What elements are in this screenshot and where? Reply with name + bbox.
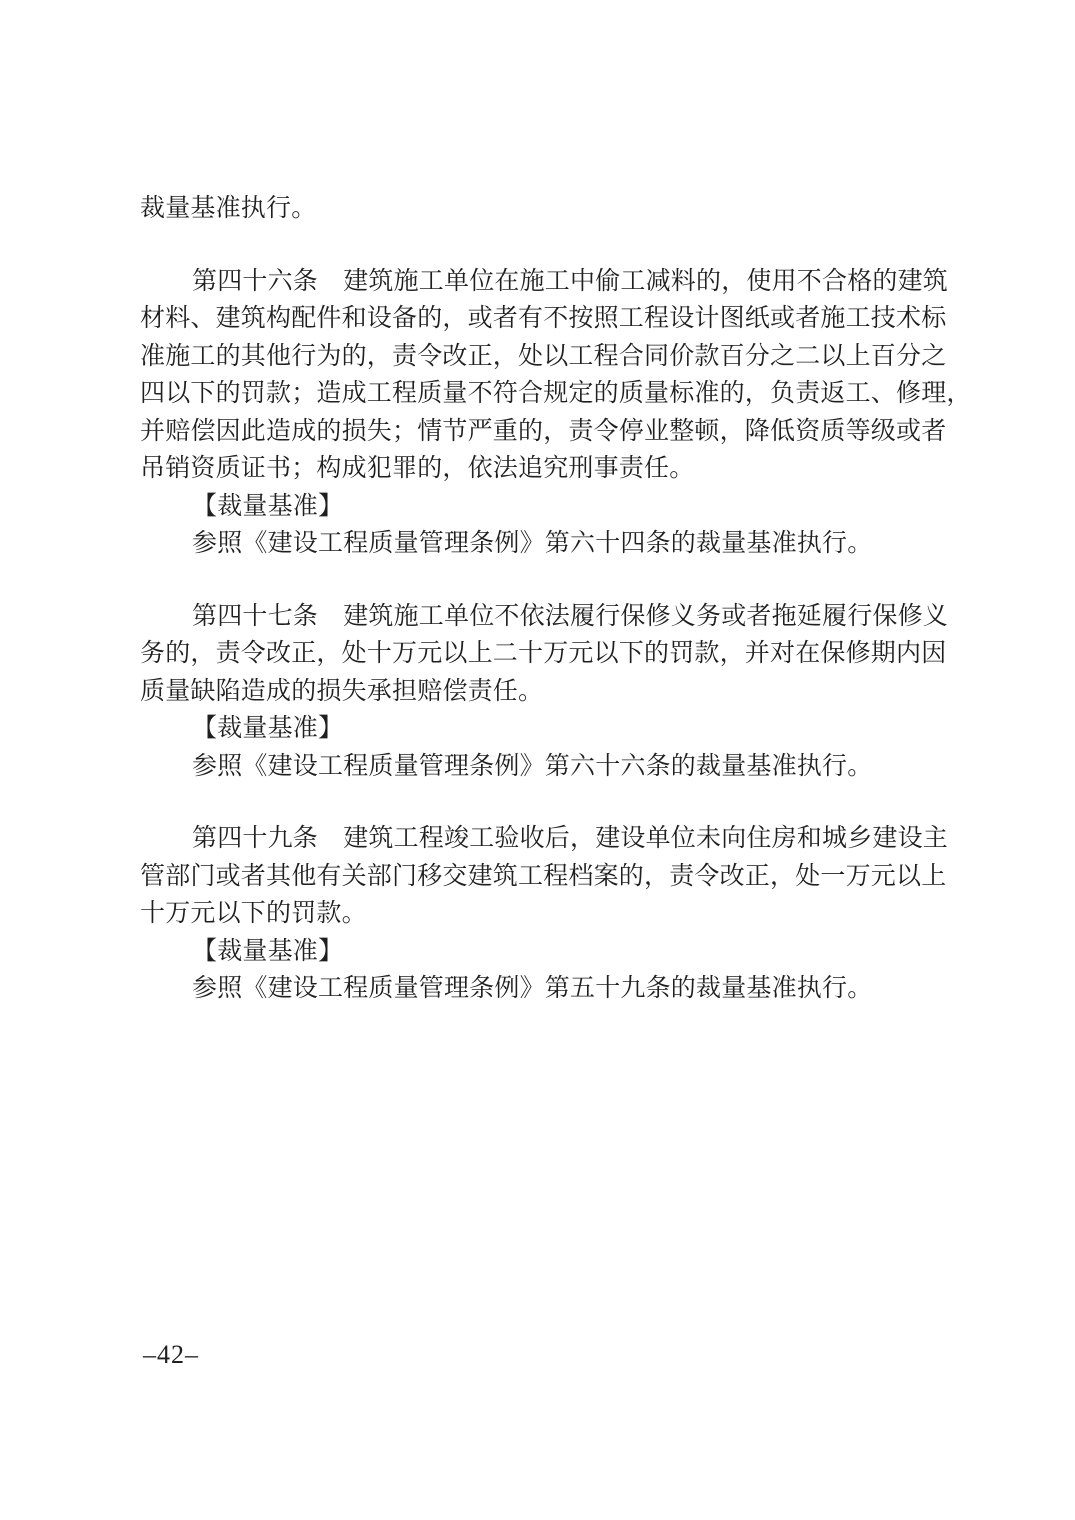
- article-46-line: 吊销资质证书；构成犯罪的，依法追究刑事责任。: [140, 450, 940, 488]
- basis-label: 【裁量基准】: [140, 488, 940, 526]
- basis-reference: 参照《建设工程质量管理条例》第六十六条的裁量基准执行。: [140, 748, 940, 786]
- article-47-line: 务的，责令改正，处十万元以上二十万元以下的罚款，并对在保修期内因: [140, 635, 940, 673]
- basis-label: 【裁量基准】: [140, 933, 940, 971]
- article-46-section: 第四十六条 建筑施工单位在施工中偷工减料的，使用不合格的建筑 材料、建筑构配件和…: [140, 263, 940, 563]
- article-47-section: 第四十七条 建筑施工单位不依法履行保修义务或者拖延履行保修义 务的，责令改正，处…: [140, 598, 940, 786]
- page-number: –42–: [143, 1340, 199, 1370]
- article-49-line: 管部门或者其他有关部门移交建筑工程档案的，责令改正，处一万元以上: [140, 858, 940, 896]
- article-47-line: 第四十七条 建筑施工单位不依法履行保修义务或者拖延履行保修义: [140, 598, 940, 636]
- article-49-line: 十万元以下的罚款。: [140, 895, 940, 933]
- article-49-section: 第四十九条 建筑工程竣工验收后，建设单位未向住房和城乡建设主 管部门或者其他有关…: [140, 820, 940, 1008]
- basis-reference: 参照《建设工程质量管理条例》第六十四条的裁量基准执行。: [140, 525, 940, 563]
- article-46-line: 材料、建筑构配件和设备的，或者有不按照工程设计图纸或者施工技术标: [140, 300, 940, 338]
- article-46-line: 准施工的其他行为的，责令改正，处以工程合同价款百分之二以上百分之: [140, 338, 940, 376]
- basis-reference: 参照《建设工程质量管理条例》第五十九条的裁量基准执行。: [140, 970, 940, 1008]
- document-body: 裁量基准执行。 第四十六条 建筑施工单位在施工中偷工减料的，使用不合格的建筑 材…: [140, 190, 940, 1008]
- article-46-line: 并赔偿因此造成的损失；情节严重的，责令停业整顿，降低资质等级或者: [140, 413, 940, 451]
- article-46-line: 四以下的罚款；造成工程质量不符合规定的质量标准的，负责返工、修理，: [140, 375, 940, 413]
- article-47-line: 质量缺陷造成的损失承担赔偿责任。: [140, 673, 940, 711]
- document-page: 裁量基准执行。 第四十六条 建筑施工单位在施工中偷工减料的，使用不合格的建筑 材…: [0, 0, 1075, 1520]
- basis-label: 【裁量基准】: [140, 710, 940, 748]
- continuation-line: 裁量基准执行。: [140, 190, 940, 228]
- article-49-line: 第四十九条 建筑工程竣工验收后，建设单位未向住房和城乡建设主: [140, 820, 940, 858]
- article-46-line: 第四十六条 建筑施工单位在施工中偷工减料的，使用不合格的建筑: [140, 263, 940, 301]
